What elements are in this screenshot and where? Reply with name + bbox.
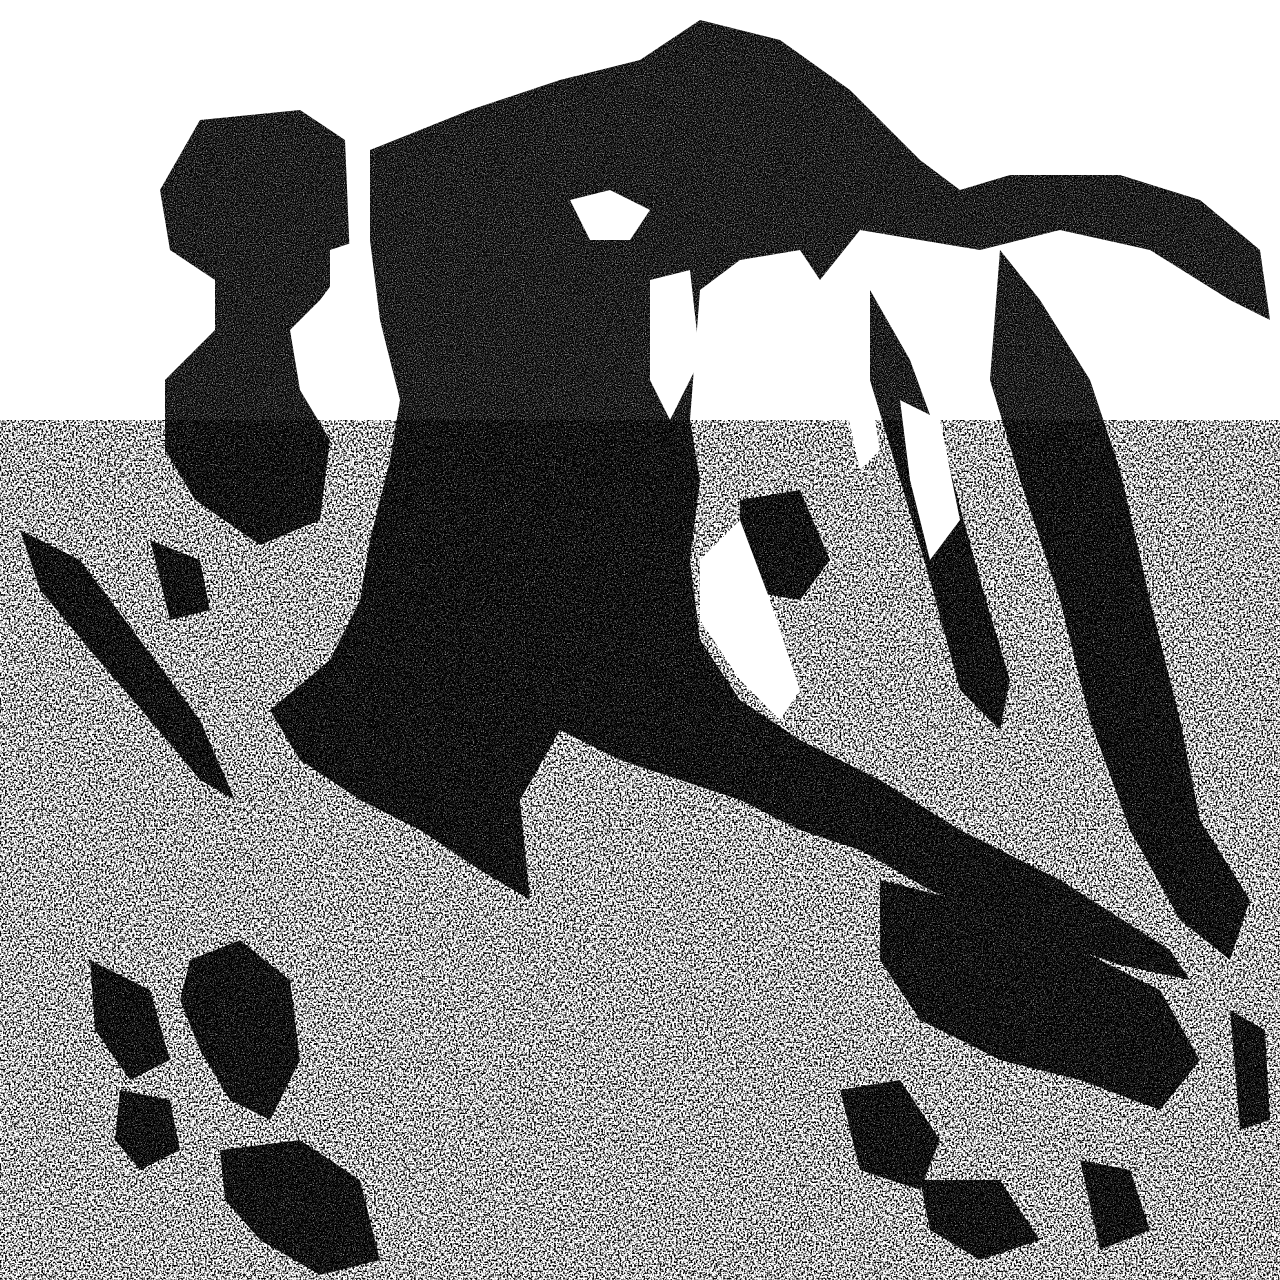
- thresholded-photo: [0, 0, 1280, 1280]
